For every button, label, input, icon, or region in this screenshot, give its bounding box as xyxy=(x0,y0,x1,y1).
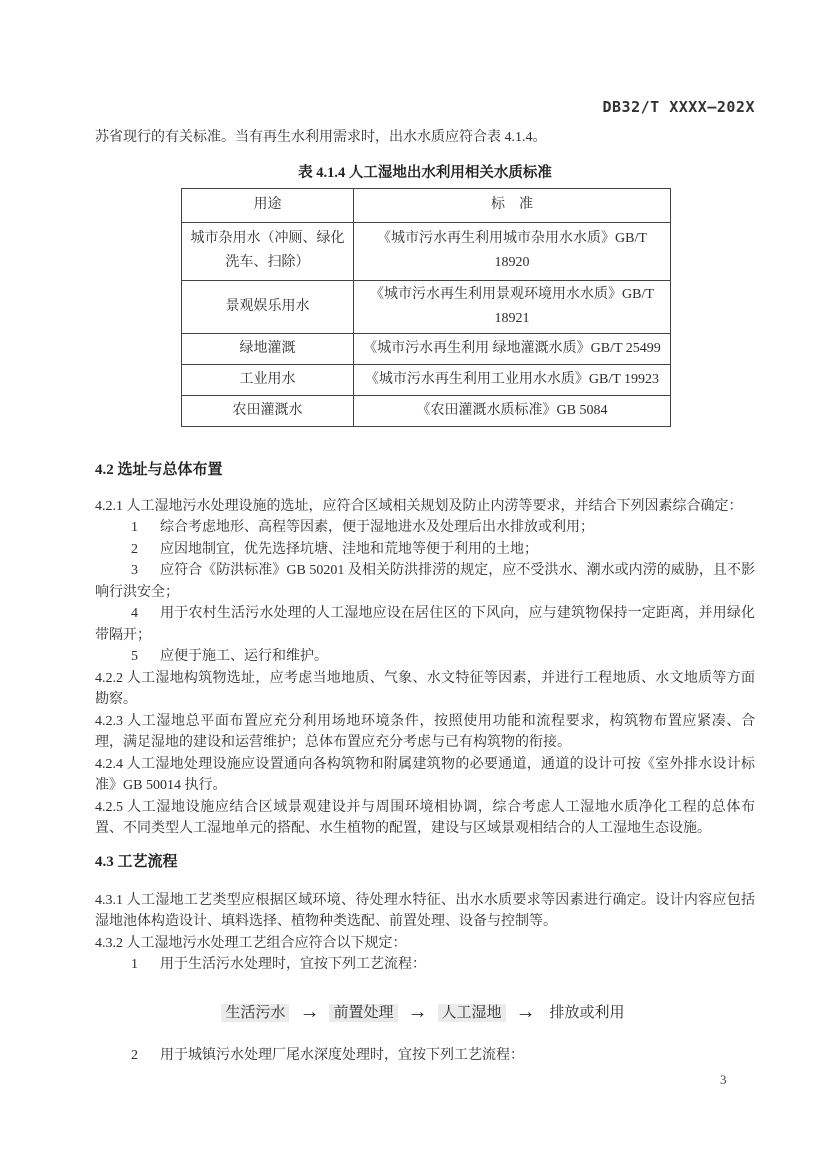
list-item-4: 4用于农村生活污水处理的人工湿地应设在居住区的下风向，应与建筑物保持一定距离，并… xyxy=(95,603,755,646)
flow-step-pretreatment: 前置处理 xyxy=(329,1004,397,1022)
list-item-text: 应便于施工、运行和维护。 xyxy=(160,649,328,664)
col-header-use: 用途 xyxy=(182,188,354,222)
cell-use: 城市杂用水（冲厕、绿化洗车、扫除） xyxy=(182,222,354,280)
paragraph-4-2-3: 4.2.3 人工湿地总平面布置应充分利用场地环境条件，按照使用功能和流程要求，构… xyxy=(95,711,755,754)
water-quality-standards-table: 用途 标 准 城市杂用水（冲厕、绿化洗车、扫除） 《城市污水再生利用城市杂用水水… xyxy=(181,188,671,427)
intro-paragraph: 苏省现行的有关标准。当有再生水利用需求时，出水水质应符合表 4.1.4。 xyxy=(95,127,755,149)
list-item-3: 3应符合《防洪标准》GB 50201 及相关防洪排涝的规定，应不受洪水、潮水或内… xyxy=(95,560,755,603)
list-item-number: 1 xyxy=(131,520,138,535)
paragraph-4-2-4: 4.2.4 人工湿地处理设施应设置通向各构筑物和附属建筑物的必要通道，通道的设计… xyxy=(95,754,755,797)
list-item-number: 1 xyxy=(131,957,138,972)
flow-step-discharge: 排放或利用 xyxy=(546,1004,629,1022)
cell-standard: 《城市污水再生利用城市杂用水水质》GB/T 18920 xyxy=(354,222,671,280)
cell-use: 绿地灌溉 xyxy=(182,333,354,364)
list-item-text: 综合考虑地形、高程等因素，便于湿地进水及处理后出水排放或利用； xyxy=(160,520,594,535)
list-item-number: 2 xyxy=(131,542,138,557)
page-number: 3 xyxy=(720,1072,727,1088)
arrow-right-icon: → xyxy=(408,1001,428,1023)
list-item-text: 应符合《防洪标准》GB 50201 及相关防洪排涝的规定，应不受洪水、潮水或内涝… xyxy=(95,563,755,600)
cell-standard: 《城市污水再生利用 绿地灌溉水质》GB/T 25499 xyxy=(354,333,671,364)
document-page: DB32/T XXXX—202X 苏省现行的有关标准。当有再生水利用需求时，出水… xyxy=(0,0,826,1169)
list-item-text: 用于农村生活污水处理的人工湿地应设在居住区的下风向，应与建筑物保持一定距离，并用… xyxy=(95,606,755,643)
cell-use: 农田灌溉水 xyxy=(182,395,354,426)
paragraph-4-3-1: 4.3.1 人工湿地工艺类型应根据区域环境、待处理水特征、出水水质要求等因素进行… xyxy=(95,890,755,933)
table-row: 农田灌溉水 《农田灌溉水质标准》GB 5084 xyxy=(182,395,671,426)
process-flow-diagram: 生活污水→前置处理→人工湿地→排放或利用 xyxy=(95,1000,755,1025)
table-header-row: 用途 标 准 xyxy=(182,188,671,222)
paragraph-4-2-2: 4.2.2 人工湿地构筑物选址，应考虑当地地质、气象、水文特征等因素，并进行工程… xyxy=(95,668,755,711)
col-header-standard: 标 准 xyxy=(354,188,671,222)
list-item-text: 应因地制宜，优先选择坑塘、洼地和荒地等便于利用的土地； xyxy=(160,542,538,557)
cell-standard: 《城市污水再生利用工业用水水质》GB/T 19923 xyxy=(354,364,671,395)
section-heading-4-3: 4.3 工艺流程 xyxy=(95,854,755,871)
table-row: 城市杂用水（冲厕、绿化洗车、扫除） 《城市污水再生利用城市杂用水水质》GB/T … xyxy=(182,222,671,280)
paragraph-4-2-5: 4.2.5 人工湿地设施应结合区域景观建设并与周围环境相协调，综合考虑人工湿地水… xyxy=(95,797,755,840)
flow-step-wetland: 人工湿地 xyxy=(438,1004,506,1022)
paragraph-4-3-2: 4.3.2 人工湿地污水处理工艺组合应符合以下规定： xyxy=(95,933,755,955)
list-item-5: 5应便于施工、运行和维护。 xyxy=(95,646,755,668)
list-item-process-2: 2用于城镇污水处理厂尾水深度处理时，宜按下列工艺流程： xyxy=(95,1045,755,1067)
cell-standard: 《城市污水再生利用景观环境用水水质》GB/T 18921 xyxy=(354,280,671,333)
arrow-right-icon: → xyxy=(516,1001,536,1023)
section-heading-4-2: 4.2 选址与总体布置 xyxy=(95,462,755,479)
table-row: 绿地灌溉 《城市污水再生利用 绿地灌溉水质》GB/T 25499 xyxy=(182,333,671,364)
doc-header: DB32/T XXXX—202X xyxy=(95,98,755,116)
cell-standard: 《农田灌溉水质标准》GB 5084 xyxy=(354,395,671,426)
list-item-number: 4 xyxy=(131,606,138,621)
list-item-1: 1综合考虑地形、高程等因素，便于湿地进水及处理后出水排放或利用； xyxy=(95,517,755,539)
list-item-process-1: 1用于生活污水处理时，宜按下列工艺流程： xyxy=(95,954,755,976)
page-content: DB32/T XXXX—202X 苏省现行的有关标准。当有再生水利用需求时，出水… xyxy=(95,0,755,1066)
list-item-number: 2 xyxy=(131,1048,138,1063)
list-item-number: 5 xyxy=(131,649,138,664)
arrow-right-icon: → xyxy=(299,1001,319,1023)
cell-use: 工业用水 xyxy=(182,364,354,395)
table-row: 景观娱乐用水 《城市污水再生利用景观环境用水水质》GB/T 18921 xyxy=(182,280,671,333)
list-item-text: 用于城镇污水处理厂尾水深度处理时，宜按下列工艺流程： xyxy=(160,1048,524,1063)
list-item-text: 用于生活污水处理时，宜按下列工艺流程： xyxy=(160,957,426,972)
list-item-2: 2应因地制宜，优先选择坑塘、洼地和荒地等便于利用的土地； xyxy=(95,539,755,561)
flow-step-source: 生活污水 xyxy=(221,1004,289,1022)
cell-use: 景观娱乐用水 xyxy=(182,280,354,333)
list-item-number: 3 xyxy=(131,563,138,578)
table-caption: 表 4.1.4 人工湿地出水利用相关水质标准 xyxy=(95,165,755,182)
paragraph-4-2-1: 4.2.1 人工湿地污水处理设施的选址，应符合区域相关规划及防止内涝等要求，并结… xyxy=(95,496,755,518)
table-row: 工业用水 《城市污水再生利用工业用水水质》GB/T 19923 xyxy=(182,364,671,395)
